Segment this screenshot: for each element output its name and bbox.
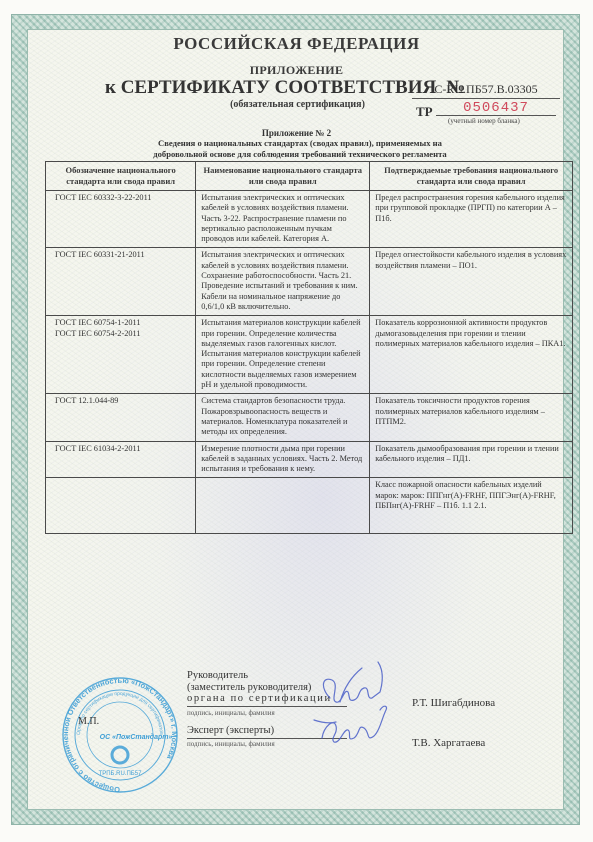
confirmed-requirements: Предел распространения горения кабельног… bbox=[370, 191, 573, 248]
standard-name: Система стандартов безопасности труда. П… bbox=[196, 394, 370, 441]
head-name: Р.Т. Шигабдинова bbox=[412, 697, 495, 709]
appendix-heading: ПРИЛОЖЕНИЕ bbox=[0, 63, 593, 78]
organization-seal: Общество с ограниченной Ответственностью… bbox=[50, 675, 190, 795]
confirmed-requirements: Показатель коррозионной активности проду… bbox=[370, 316, 573, 394]
standard-name: Измерение плотности дыма при горении каб… bbox=[196, 441, 370, 478]
standard-designation: ГОСТ IEC 60331-21-2011 bbox=[46, 248, 196, 316]
certificate-title-text: к СЕРТИФИКАТУ СООТВЕТСТВИЯ bbox=[105, 77, 436, 98]
seal-place-label: М.П. bbox=[78, 716, 99, 727]
expert-name: Т.В. Харгатаева bbox=[412, 737, 485, 749]
column-header-designation: Обозначение национального стандарта или … bbox=[46, 162, 196, 191]
standard-designation: ГОСТ IEC 61034-2-2011 bbox=[46, 441, 196, 478]
column-header-name: Наименование национального стандарта или… bbox=[196, 162, 370, 191]
confirmed-requirements: Предел огнестойкости кабельного изделия … bbox=[370, 248, 573, 316]
table-header-row: Обозначение национального стандарта или … bbox=[46, 162, 573, 191]
tp-label: ТР bbox=[416, 104, 433, 120]
head-signature-caption: подпись, инициалы, фамилия bbox=[187, 709, 275, 717]
printer-imprint-strip: ········································… bbox=[160, 814, 430, 820]
table-row: ГОСТ IEC 60754-1-2011 ГОСТ IEC 60754-2-2… bbox=[46, 316, 573, 394]
standard-name bbox=[196, 478, 370, 534]
standard-designation: ГОСТ IEC 60754-1-2011 ГОСТ IEC 60754-2-2… bbox=[46, 316, 196, 394]
table-row: ГОСТ 12.1.044-89Система стандартов безоп… bbox=[46, 394, 573, 441]
svg-text:Орган по сертификации продукци: Орган по сертификации продукции для серт… bbox=[76, 691, 164, 735]
confirmed-requirements: Класс пожарной опасности кабельных издел… bbox=[370, 478, 573, 534]
seal-inner-text: Орган по сертификации продукции для серт… bbox=[76, 691, 164, 735]
standard-name: Испытания электрических и оптических каб… bbox=[196, 191, 370, 248]
certificate-number: C-RU.ПБ57.В.03305 bbox=[412, 82, 560, 99]
standard-designation: ГОСТ IEC 60332-3-22-2011 bbox=[46, 191, 196, 248]
standards-table: Обозначение национального стандарта или … bbox=[45, 161, 573, 534]
handwritten-signatures bbox=[300, 658, 410, 748]
expert-label: Эксперт (эксперты) bbox=[187, 725, 274, 736]
seal-center-text: ОС «ПожСтандарт» bbox=[100, 733, 173, 741]
table-row: Класс пожарной опасности кабельных издел… bbox=[46, 478, 573, 534]
column-header-requirements: Подтверждаемые требования национального … bbox=[370, 162, 573, 191]
annex-title: Приложение № 2 bbox=[0, 128, 593, 138]
standard-name: Испытания материалов конструкции кабелей… bbox=[196, 316, 370, 394]
seal-code: ТРПБ.RU.ПБ57 bbox=[99, 771, 143, 777]
table-row: ГОСТ IEC 61034-2-2011Измерение плотности… bbox=[46, 441, 573, 478]
confirmed-requirements: Показатель дымообразования при горении и… bbox=[370, 441, 573, 478]
seal-logo-icon bbox=[112, 747, 128, 763]
table-row: ГОСТ IEC 60331-21-2011Испытания электрич… bbox=[46, 248, 573, 316]
standard-designation: ГОСТ 12.1.044-89 bbox=[46, 394, 196, 441]
blank-serial-number: 0506437 bbox=[436, 100, 556, 116]
table-row: ГОСТ IEC 60332-3-22-2011Испытания электр… bbox=[46, 191, 573, 248]
standard-designation bbox=[46, 478, 196, 534]
annex-subtitle: Сведения о национальных стандартах (свод… bbox=[150, 138, 450, 159]
standard-name: Испытания электрических и оптических каб… bbox=[196, 248, 370, 316]
confirmed-requirements: Показатель токсичности продуктов горения… bbox=[370, 394, 573, 441]
expert-signature-caption: подпись, инициалы, фамилия bbox=[187, 740, 275, 748]
country-heading: РОССИЙСКАЯ ФЕДЕРАЦИЯ bbox=[0, 34, 593, 54]
blank-number-caption: (учетный номер бланка) bbox=[448, 117, 520, 125]
